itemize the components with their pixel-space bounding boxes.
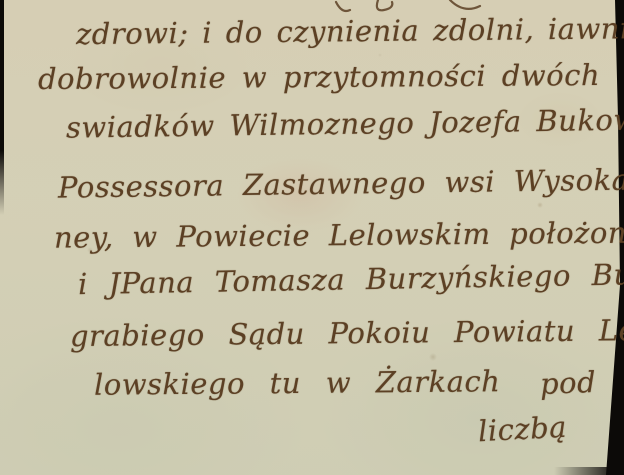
scan-edge-bottom-right xyxy=(554,467,624,475)
manuscript-line-end-word: pod xyxy=(539,365,596,401)
scan-edge-left xyxy=(0,0,4,215)
manuscript-line: i JPana Tomasza Burzyńskiego Bur„ xyxy=(78,257,624,301)
manuscript-line: zdrowi; i do czynienia zdolni, iawnie i xyxy=(76,11,624,51)
manuscript-line: swiadków Wilmoznego Jozefa Bukowskiego xyxy=(66,101,624,144)
manuscript-line: dobrowolnie w przytomności dwóch xyxy=(38,58,600,96)
manuscript-line: ney, w Powiecie Lelowskim położoney xyxy=(54,215,624,254)
scanned-manuscript-page: zdrowi; i do czynienia zdolni, iawnie i … xyxy=(0,0,624,475)
manuscript-line: lowskiego tu w Żarkach xyxy=(94,364,501,402)
manuscript-line: Possessora Zastawnego wsi Wysoka zwa„ xyxy=(58,161,624,204)
manuscript-catchword: liczbą xyxy=(477,410,568,449)
manuscript-line: grabiego Sądu Pokoiu Powiatu Le= xyxy=(70,313,624,353)
